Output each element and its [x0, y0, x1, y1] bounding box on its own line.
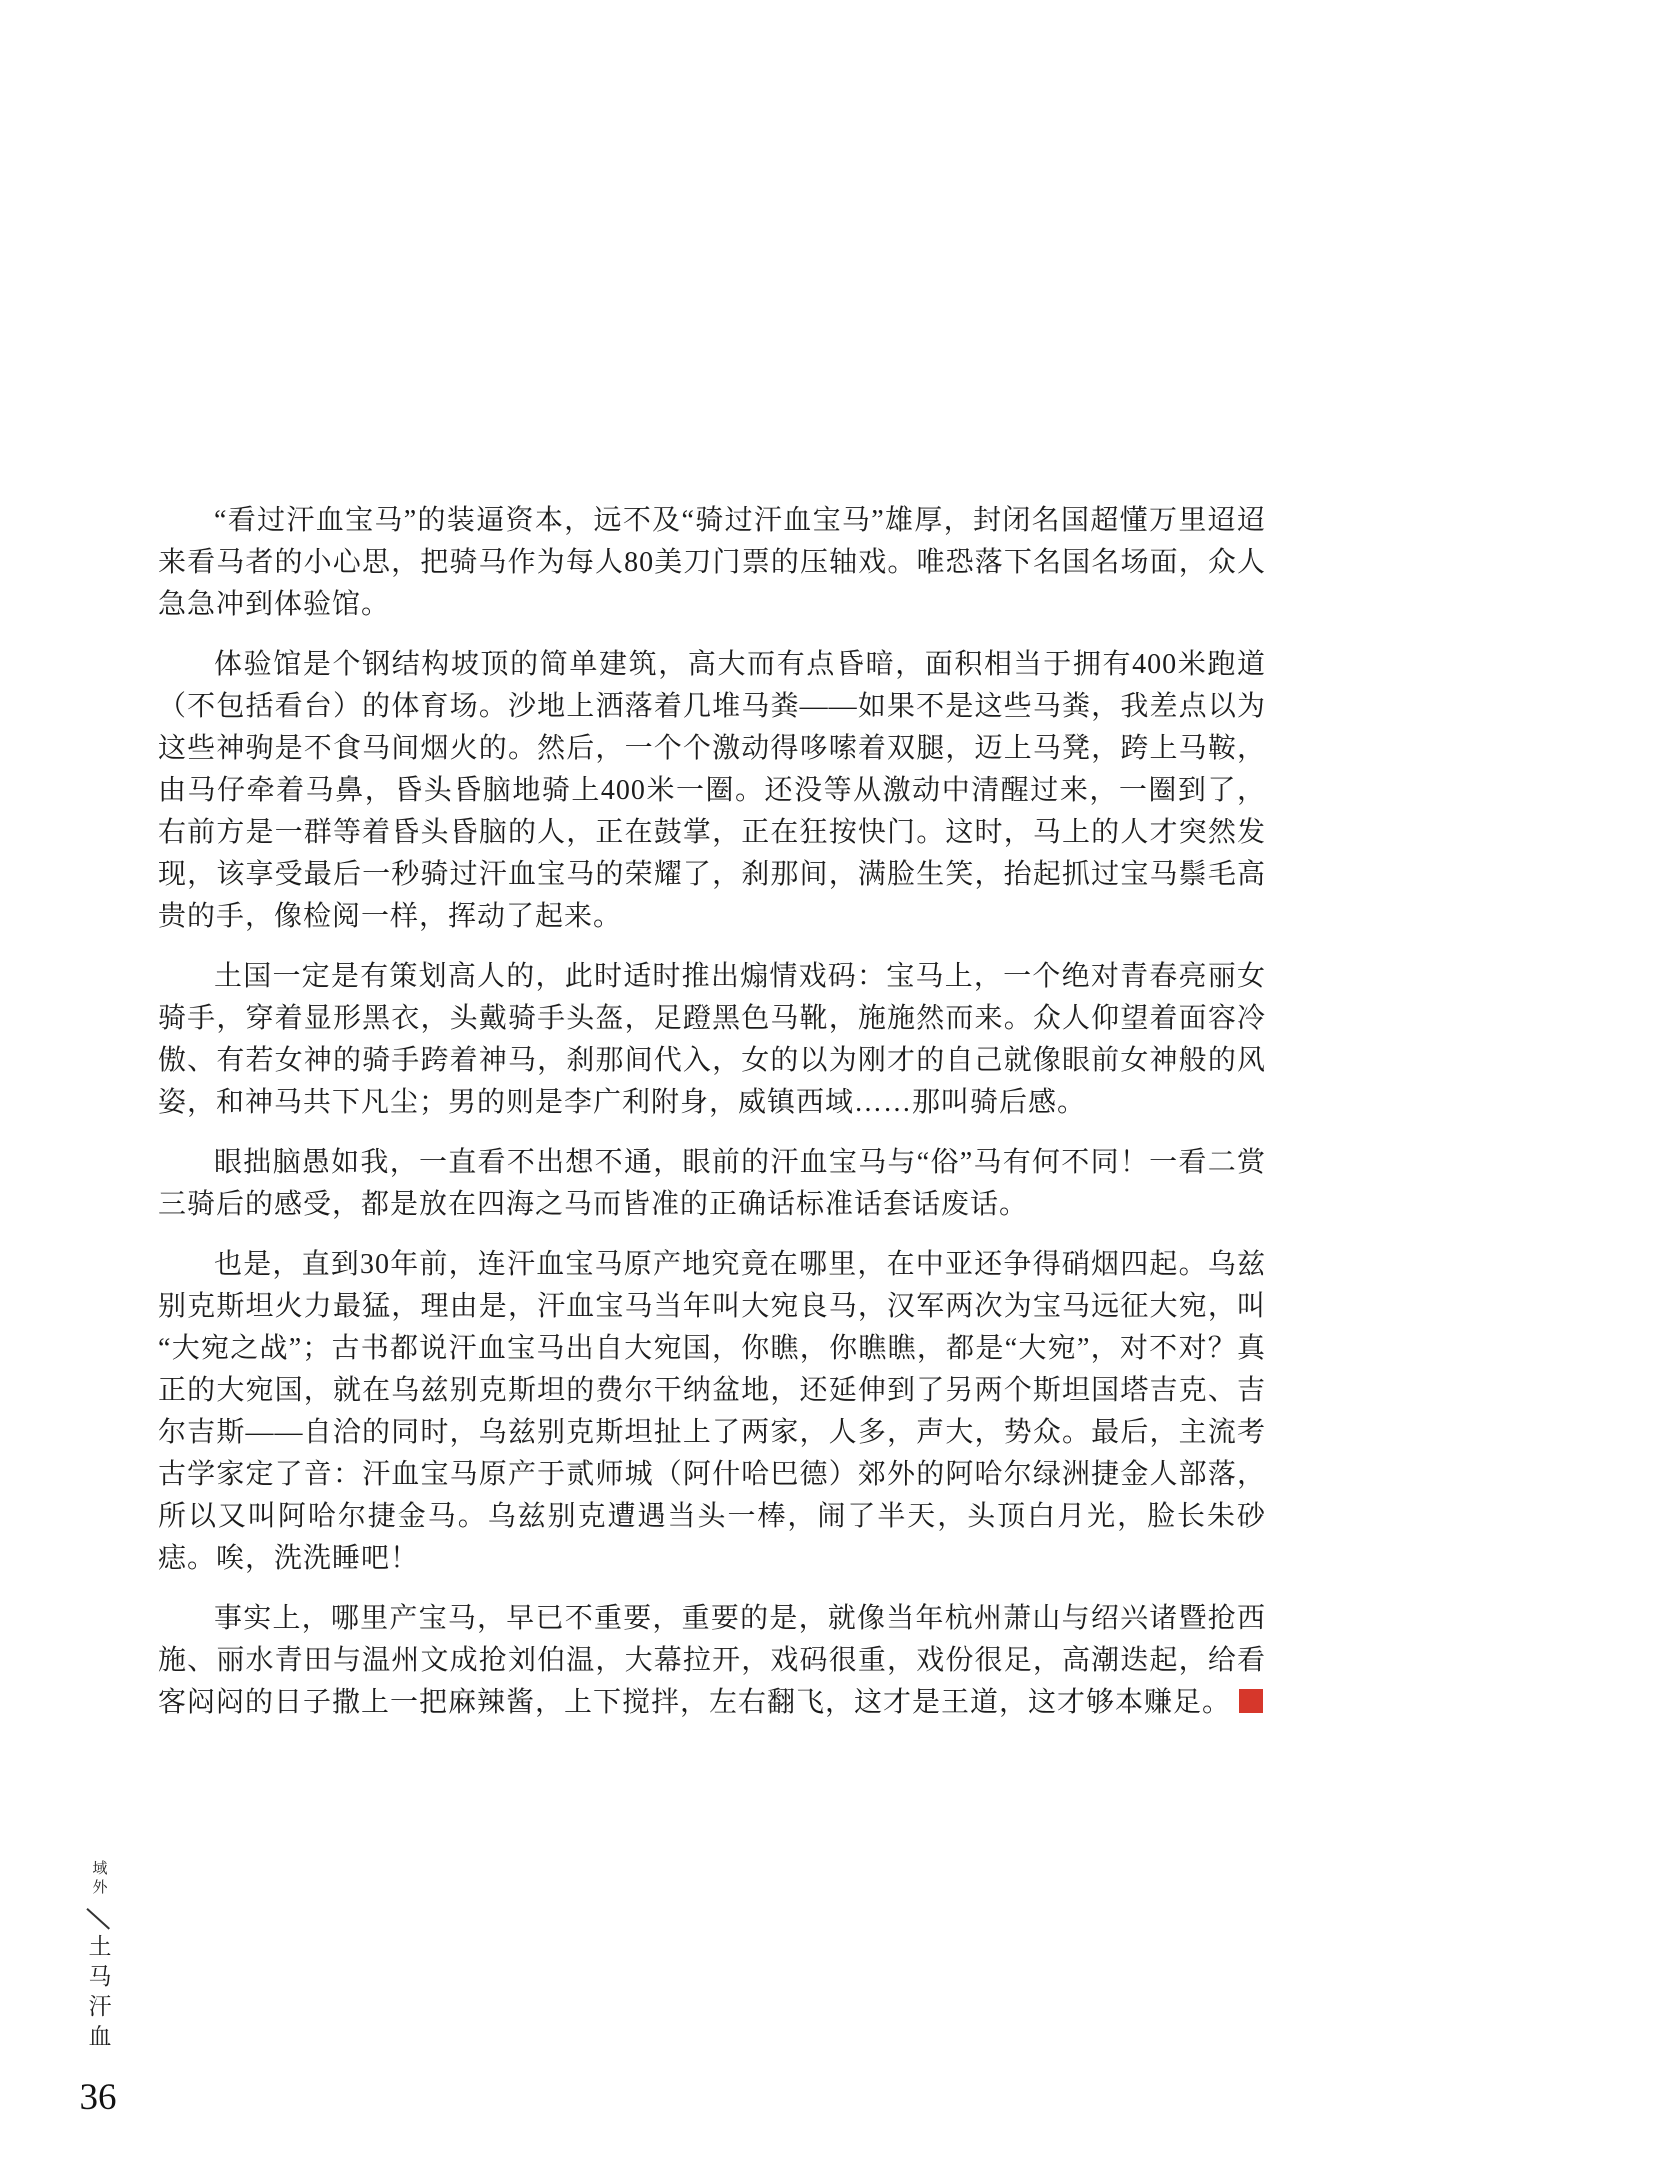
magazine-page: “看过汗血宝马”的装逼资本，远不及“骑过汗血宝马”雄厚，封闭名国超懂万里迢迢来看…	[0, 0, 1654, 2165]
section-label: 域外	[91, 1860, 106, 1898]
body-paragraph: 土国一定是有策划高人的，此时适时推出煽情戏码：宝马上，一个绝对青春亮丽女骑手，穿…	[158, 956, 1266, 1124]
body-paragraph: “看过汗血宝马”的装逼资本，远不及“骑过汗血宝马”雄厚，封闭名国超懂万里迢迢来看…	[158, 500, 1266, 626]
page-footer: 域外 土马汗血 36	[72, 1860, 124, 2116]
article-body: “看过汗血宝马”的装逼资本，远不及“骑过汗血宝马”雄厚，封闭名国超懂万里迢迢来看…	[158, 500, 1266, 1742]
body-paragraph: 体验馆是个钢结构坡顶的简单建筑，高大而有点昏暗，面积相当于拥有400米跑道（不包…	[158, 644, 1266, 938]
body-paragraph: 也是，直到30年前，连汗血宝马原产地究竟在哪里，在中亚还争得硝烟四起。乌兹别克斯…	[158, 1244, 1266, 1580]
body-paragraph: 眼拙脑愚如我，一直看不出想不通，眼前的汗血宝马与“俗”马有何不同！一看二赏三骑后…	[158, 1142, 1266, 1226]
slash-line	[86, 1908, 109, 1929]
page-number: 36	[72, 2079, 124, 2116]
article-title-vertical: 土马汗血	[87, 1934, 110, 2054]
end-of-article-mark	[1239, 1689, 1263, 1713]
body-paragraph: 事实上，哪里产宝马，早已不重要，重要的是，就像当年杭州萧山与绍兴诸暨抢西施、丽水…	[158, 1598, 1266, 1724]
slash-divider-icon	[72, 1906, 124, 1932]
